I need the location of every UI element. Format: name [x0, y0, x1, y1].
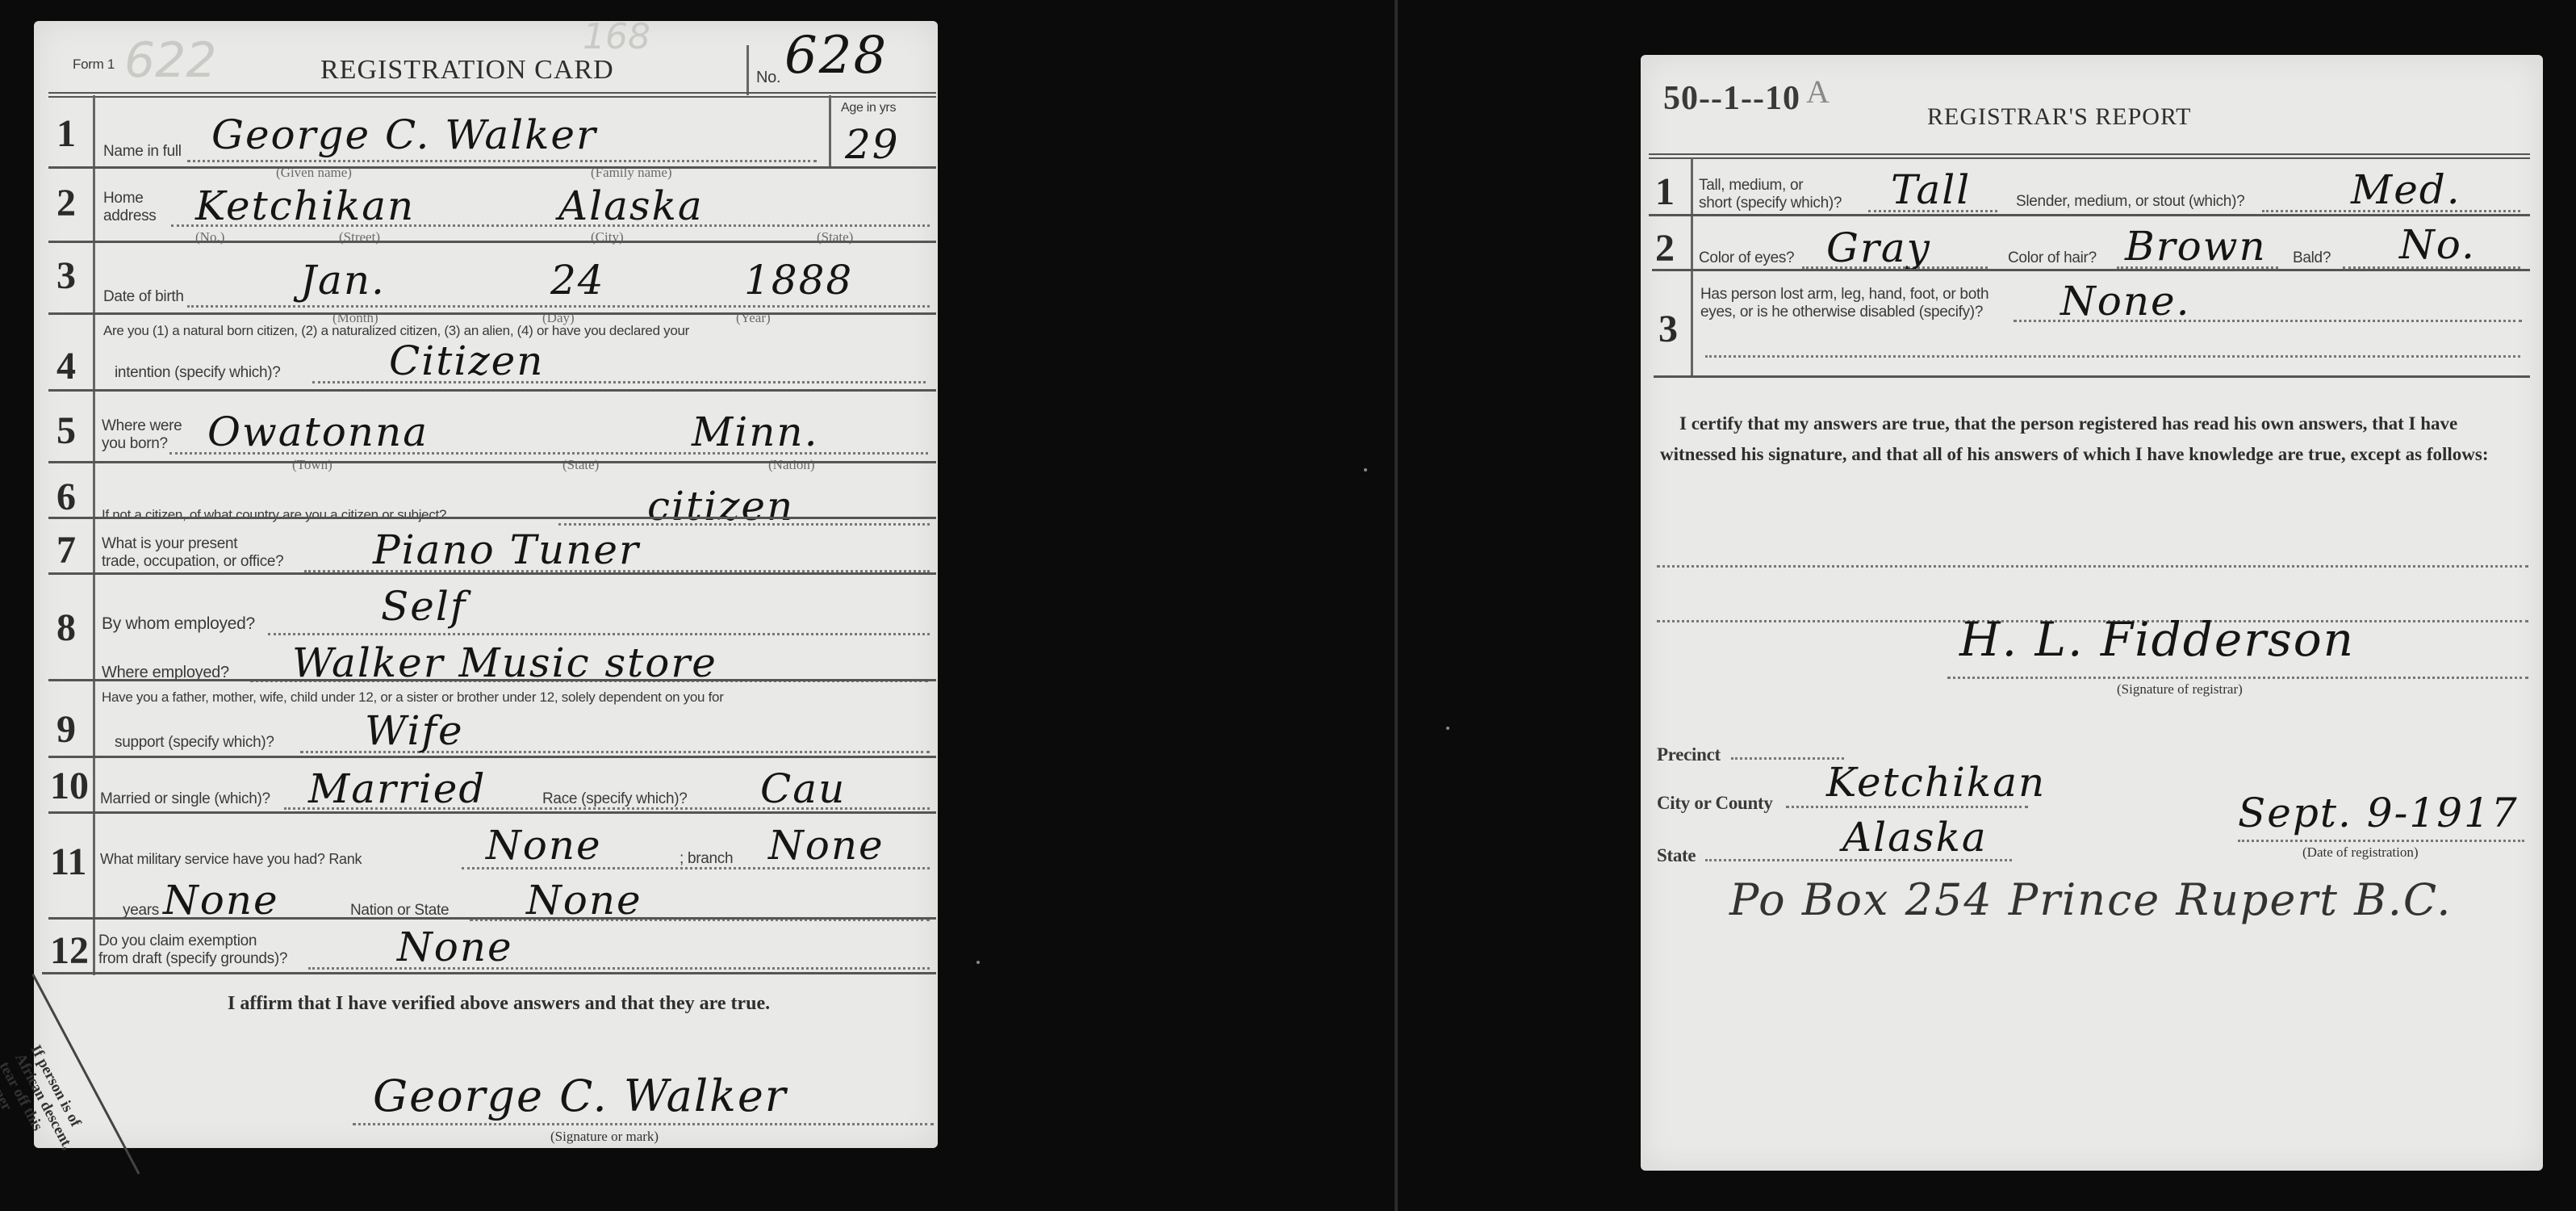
registration-date-caption: (Date of registration)	[2302, 844, 2419, 861]
hair-color-value: Brown	[2125, 223, 2267, 270]
eye-color-label: Color of eyes?	[1699, 249, 1794, 268]
report-code: 50--1--10	[1663, 79, 1800, 118]
handwritten-address-note: Po Box 254 Prince Rupert B.C.	[1729, 874, 2452, 925]
row-rule	[48, 517, 936, 519]
citizenship-question: intention (specify which)?	[115, 363, 281, 383]
dob-month: Jan.	[300, 257, 386, 304]
report-title: REGISTRAR'S REPORT	[1927, 103, 2192, 131]
disability-line-2	[1705, 355, 2520, 358]
row-rule	[48, 572, 936, 575]
registrar-signature-line	[1947, 677, 2528, 679]
row-number: 6	[56, 475, 76, 519]
military-branch-label: ; branch	[680, 849, 733, 869]
employer-line	[268, 633, 930, 635]
number-label: No.	[756, 68, 780, 87]
height-value: Tall	[1891, 166, 1971, 213]
exemption-value: None	[397, 924, 513, 970]
race-label: Race (specify which)?	[542, 790, 688, 809]
city-county-value: Ketchikan	[1826, 759, 2046, 806]
birthplace-label: you born?	[102, 434, 168, 454]
precinct-label: Precinct	[1657, 745, 1721, 765]
age-label: Age in yrs	[841, 98, 896, 118]
report-code-suffix: A	[1806, 73, 1830, 111]
dob-day: 24	[550, 257, 605, 304]
occupation-label: What is your present	[102, 534, 237, 554]
age-value: 29	[845, 121, 900, 168]
caption-state: (State)	[817, 229, 853, 245]
height-label: short (specify which)?	[1699, 194, 1842, 213]
signature-line	[353, 1123, 934, 1125]
occupation-value: Piano Tuner	[373, 526, 640, 573]
number-divider	[746, 45, 749, 95]
employer-value: Self	[381, 583, 466, 630]
birth-state-value: Minn.	[692, 409, 819, 455]
build-value: Med.	[2351, 166, 2461, 213]
registrar-signature-caption: (Signature of registrar)	[2117, 681, 2243, 698]
row-rule	[48, 461, 936, 463]
row-number: 9	[56, 707, 76, 752]
row-rule	[48, 917, 936, 920]
disability-label: Has person lost arm, leg, hand, foot, or…	[1700, 285, 1988, 304]
dob-label: Date of birth	[103, 287, 184, 307]
caption-nation: (Nation)	[768, 457, 815, 473]
exemption-label: from draft (specify grounds)?	[98, 949, 287, 969]
row-rule	[48, 679, 936, 681]
city-county-line	[1786, 806, 2028, 808]
film-speck	[1446, 727, 1449, 730]
eye-color-value: Gray	[1826, 224, 1931, 271]
number-column-divider	[93, 95, 95, 975]
home-city-value: Ketchikan	[195, 182, 415, 229]
marital-status-label: Married or single (which)?	[100, 790, 270, 809]
foreign-citizenship-value: citizen	[647, 483, 794, 530]
citizenship-value: Citizen	[389, 337, 544, 384]
pencil-mark-right: 168	[583, 16, 650, 57]
number-column-divider	[1691, 158, 1693, 376]
signature-caption: (Signature or mark)	[550, 1129, 659, 1145]
employer-label: By whom employed?	[102, 614, 255, 634]
dependents-value: Wife	[365, 707, 464, 754]
name-value: George C. Walker	[211, 111, 597, 158]
row-number: 2	[56, 181, 76, 225]
military-line	[462, 867, 930, 869]
dob-line	[187, 305, 930, 308]
affirmation-text: I affirm that I have verified above answ…	[228, 988, 770, 1019]
marital-status-value: Married	[308, 765, 486, 812]
row-rule	[48, 312, 936, 315]
row-rule	[48, 389, 936, 392]
caption-city: (City)	[591, 229, 624, 245]
military-rank-label: What military service have you had? Rank	[100, 849, 362, 869]
row-rule	[48, 756, 936, 758]
caption-no: (No.)	[195, 229, 224, 245]
row-number: 8	[56, 605, 76, 650]
caption-street: (Street)	[339, 229, 380, 245]
disability-label: eyes, or is he otherwise disabled (speci…	[1700, 303, 1983, 322]
foreign-citizenship-label: If not a citizen, of what country are yo…	[102, 505, 446, 525]
city-county-label: City or County	[1657, 794, 1773, 813]
row-number: 10	[50, 764, 89, 808]
military-branch-value: None	[768, 822, 884, 869]
dependents-question: support (specify which)?	[115, 733, 274, 752]
header-rule	[48, 92, 936, 94]
row-number: 4	[56, 344, 76, 388]
row-number: 7	[56, 528, 76, 572]
height-label: Tall, medium, or	[1699, 176, 1803, 195]
exemption-label: Do you claim exemption	[98, 932, 257, 951]
row-number: 1	[56, 111, 76, 156]
row-rule	[1654, 375, 2530, 378]
race-value: Cau	[760, 765, 846, 812]
film-speck	[976, 961, 980, 964]
header-rule	[1649, 153, 2530, 155]
build-label: Slender, medium, or stout (which)?	[2016, 192, 2244, 212]
row-number: 3	[56, 254, 76, 298]
bald-value: No.	[2399, 221, 2476, 268]
home-address-label: address	[103, 207, 157, 226]
birth-town-value: Owatonna	[207, 409, 429, 455]
military-rank-value: None	[486, 822, 602, 869]
state-label: State	[1657, 846, 1696, 865]
row-number: 1	[1655, 170, 1675, 214]
dependents-question: Have you a father, mother, wife, child u…	[102, 688, 724, 707]
registrant-signature: George C. Walker	[373, 1071, 788, 1121]
home-address-label: Home	[103, 189, 143, 208]
bald-label: Bald?	[2293, 249, 2331, 268]
row-rule	[48, 811, 936, 814]
row-rule	[42, 972, 936, 974]
registrar-signature: H. L. Fidderson	[1959, 612, 2355, 667]
state-value: Alaska	[1842, 814, 1988, 861]
card-title: REGISTRATION CARD	[320, 55, 614, 86]
dob-year: 1888	[744, 257, 853, 304]
certification-text: I certify that my answers are true, that…	[1660, 409, 2524, 470]
row-rule	[48, 166, 936, 169]
exceptions-line-1	[1657, 565, 2528, 568]
registration-date-value: Sept. 9-1917	[2238, 790, 2519, 836]
card-number: 628	[784, 26, 888, 86]
row-number: 5	[56, 409, 76, 453]
birthplace-label: Where were	[102, 417, 182, 436]
pencil-mark-left: 622	[124, 32, 217, 89]
name-label: Name in full	[103, 142, 182, 161]
row-number: 11	[50, 840, 86, 884]
home-state-value: Alaska	[558, 182, 704, 229]
row-number: 12	[50, 928, 89, 973]
hair-color-label: Color of hair?	[2008, 249, 2097, 268]
row-number: 3	[1658, 307, 1678, 351]
date-line	[2238, 840, 2524, 842]
occupation-label: trade, occupation, or office?	[102, 552, 283, 572]
film-speck	[1364, 468, 1367, 471]
form-label: Form 1	[73, 55, 115, 74]
row-rule	[48, 241, 936, 243]
caption-town: (Town)	[292, 457, 332, 473]
registrars-report-card: 50--1--10 A REGISTRAR'S REPORT 1 Tall, m…	[1641, 55, 2543, 1171]
name-line	[187, 160, 817, 162]
registration-card: Form 1 622 168 REGISTRATION CARD No. 628…	[34, 21, 938, 1148]
caption-state: (State)	[562, 457, 599, 473]
row-rule	[1652, 269, 2530, 271]
age-column-divider	[829, 95, 831, 166]
film-strip-divider	[1395, 0, 1398, 1211]
row-number: 2	[1655, 226, 1675, 270]
row-rule	[1649, 214, 2530, 216]
disability-value: None.	[2060, 278, 2191, 325]
